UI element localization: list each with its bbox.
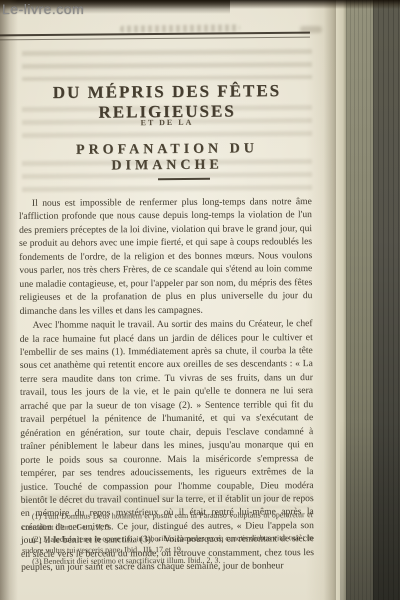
watermark-text: Le-livre.com xyxy=(2,1,84,17)
footnotes-block: (1) Tulit Dominus Deus hominem et posuit… xyxy=(22,509,313,567)
chapter-subtitle: PROFANATION DU DIMANCHE xyxy=(20,141,314,176)
running-head-bleed xyxy=(120,24,240,32)
scanned-book-page: Le-livre.com DU MÉPRIS DES FÊTES RELIGIE… xyxy=(0,0,400,600)
bleed-through-lines xyxy=(22,49,312,81)
spine-bottom-shadow xyxy=(340,420,400,600)
footnote-3: (3) Benedixit diei septimo et sanctifica… xyxy=(22,554,313,567)
left-gutter-shadow xyxy=(0,0,18,600)
footnote-1: (1) Tulit Dominus Deus hominem et posuit… xyxy=(22,509,313,533)
footnote-2: (2) Maledicta terra in opere tuo, in lab… xyxy=(22,532,313,556)
paragraph-1: Il nous est impossible de renfermer plus… xyxy=(19,195,313,318)
